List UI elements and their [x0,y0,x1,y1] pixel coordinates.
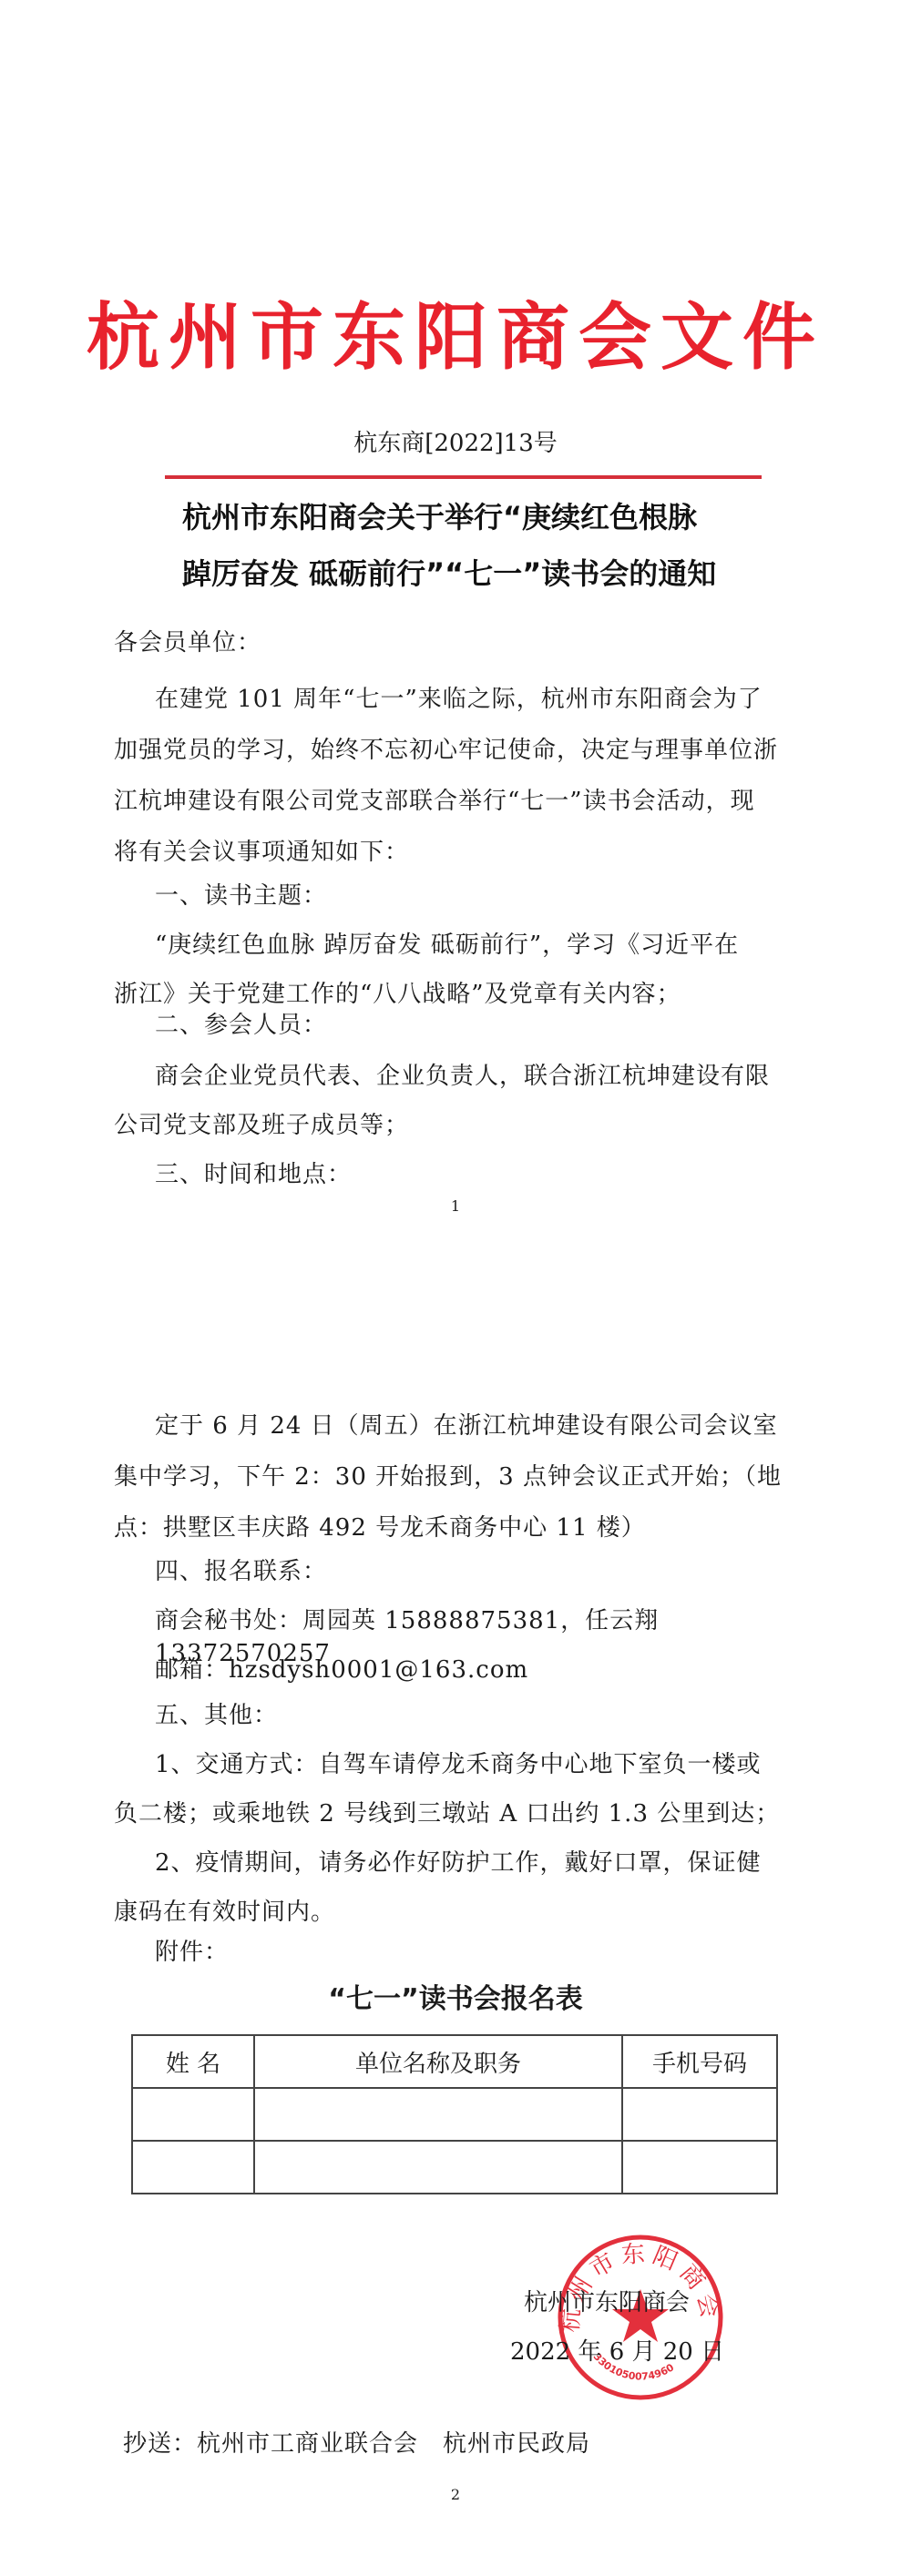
intro-line: 江杭坤建设有限公司党支部联合举行“七一”读书会活动，现 [114,785,799,818]
section4-heading: 四、报名联系： [155,1555,799,1588]
notice-title-line2: 踔厉奋发 砥砺前行”“七一”读书会的通知 [182,555,765,592]
salutation: 各会员单位： [114,626,799,659]
section1-text: “庚续红色血脉 踔厉奋发 砥砺前行”，学习《习近平在 [155,929,799,962]
table-header-row: 姓 名 单位名称及职务 手机号码 [132,2035,777,2088]
attachment-title: “七一”读书会报名表 [0,1976,911,2016]
intro-line: 将有关会议事项通知如下： [114,836,799,869]
column-header-phone: 手机号码 [622,2035,777,2088]
section2-heading: 二、参会人员： [155,1009,799,1042]
document-number: 杭东商[2022]13号 [0,428,911,459]
section1-text: 浙江》关于党建工作的“八八战略”及党章有关内容； [114,978,799,1011]
table-cell-unit-position[interactable] [254,2088,622,2141]
intro-line: 在建党 101 周年“七一”来临之际，杭州市东阳商会为了 [155,683,799,716]
red-divider [165,475,762,479]
cc-line: 抄送：杭州市工商业联合会 杭州市民政局 [123,2428,808,2460]
table-row [132,2141,777,2194]
notice-title-line1: 杭州市东阳商会关于举行“庚续红色根脉 [182,499,765,535]
signature-org: 杭州市东阳商会 [524,2287,690,2318]
section3-text: 定于 6 月 24 日（周五）在浙江杭坤建设有限公司会议室 [155,1410,799,1442]
section2-text: 公司党支部及班子成员等； [114,1109,799,1142]
section2-text: 商会企业党员代表、企业负责人，联合浙江杭坤建设有限 [155,1060,799,1093]
table-cell-name[interactable] [132,2141,254,2194]
document-header-title: 杭州市东阳商会文件 [0,291,911,382]
section5-heading: 五、其他： [155,1699,799,1732]
registration-table: 姓 名 单位名称及职务 手机号码 [131,2034,778,2194]
table-cell-name[interactable] [132,2088,254,2141]
section5-item2: 康码在有效时间内。 [114,1896,799,1929]
column-header-unit-position: 单位名称及职务 [254,2035,622,2088]
attachment-label: 附件： [155,1936,799,1969]
page-number-2: 2 [0,2486,911,2503]
section3-heading: 三、时间和地点： [155,1158,799,1191]
section4-email: 邮箱：hzsdysh0001@163.com [155,1654,799,1686]
signature-date: 2022 年 6 月 20 日 [510,2337,724,2367]
section1-heading: 一、读书主题： [155,880,799,912]
table-cell-phone[interactable] [622,2141,777,2194]
section3-text: 点：拱墅区丰庆路 492 号龙禾商务中心 11 楼） [114,1512,799,1544]
table-cell-unit-position[interactable] [254,2141,622,2194]
column-header-name: 姓 名 [132,2035,254,2088]
section3-text: 集中学习，下午 2：30 开始报到，3 点钟会议正式开始；（地 [114,1461,799,1493]
page-number-1: 1 [0,1197,911,1215]
table-cell-phone[interactable] [622,2088,777,2141]
table-row [132,2088,777,2141]
section5-item1: 负二楼；或乘地铁 2 号线到三墩站 A 口出约 1.3 公里到达； [114,1797,799,1830]
intro-line: 加强党员的学习，始终不忘初心牢记使命，决定与理事单位浙 [114,734,799,767]
section5-item1: 1、交通方式：自驾车请停龙禾商务中心地下室负一楼或 [155,1748,799,1781]
section5-item2: 2、疫情期间，请务必作好防护工作，戴好口罩，保证健 [155,1847,799,1879]
